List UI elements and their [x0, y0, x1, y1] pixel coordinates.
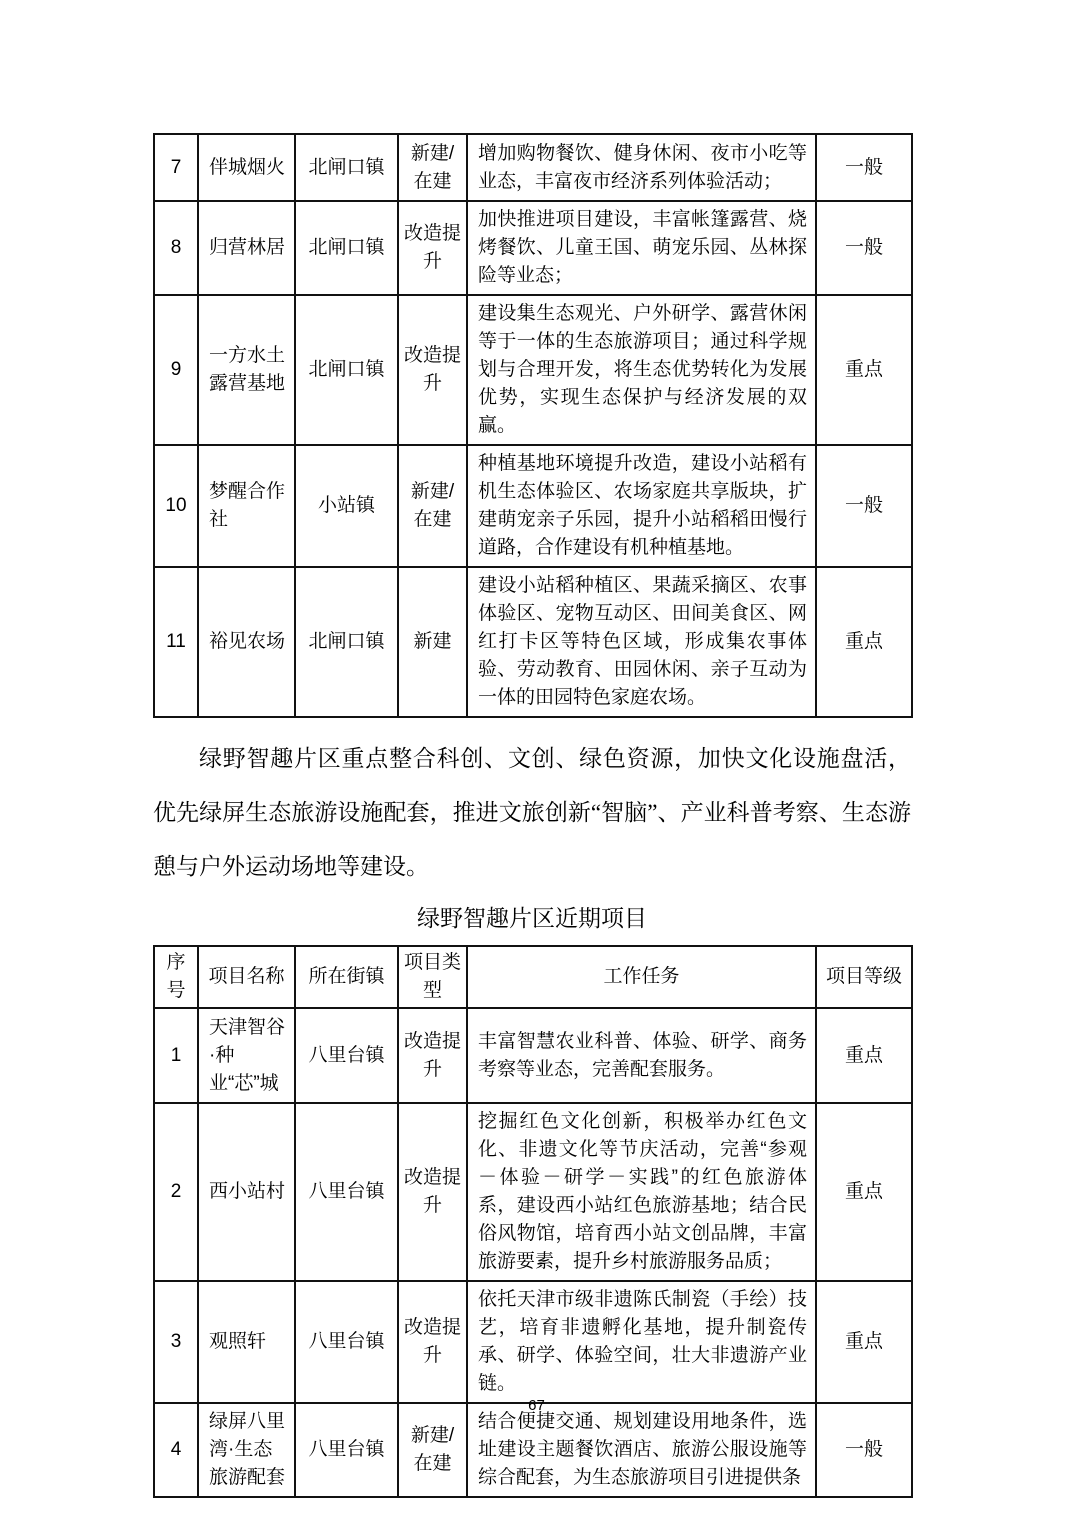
- cell-town: 北闸口镇: [295, 567, 398, 717]
- cell-grade: 一般: [816, 1403, 912, 1497]
- cell-project-name: 观照轩: [198, 1281, 295, 1403]
- cell-grade: 重点: [816, 1008, 912, 1103]
- cell-task: 建设集生态观光、户外研学、露营休闲等于一体的生态旅游项目；通过科学规划与合理开发…: [467, 295, 816, 445]
- header-type: 项目类型: [398, 946, 467, 1008]
- cell-type: 新建/在建: [398, 134, 467, 201]
- cell-seq: 11: [154, 567, 198, 717]
- cell-task: 建设小站稻种植区、果蔬采摘区、农事体验区、宠物互动区、田间美食区、网红打卡区等特…: [467, 567, 816, 717]
- document-page: 7 伴城烟火 北闸口镇 新建/在建 增加购物餐饮、健身休闲、夜市小吃等业态，丰富…: [0, 0, 1073, 1519]
- cell-seq: 2: [154, 1103, 198, 1281]
- cell-seq: 1: [154, 1008, 198, 1103]
- cell-grade: 重点: [816, 567, 912, 717]
- cell-task: 依托天津市级非遗陈氏制瓷（手绘）技艺，培育非遗孵化基地，提升制瓷传承、研学、体验…: [467, 1281, 816, 1403]
- project-table-continued: 7 伴城烟火 北闸口镇 新建/在建 增加购物餐饮、健身休闲、夜市小吃等业态，丰富…: [153, 133, 913, 718]
- cell-project-name: 西小站村: [198, 1103, 295, 1281]
- cell-project-name: 归营林居: [198, 201, 295, 295]
- page-number: 67: [0, 1397, 1073, 1414]
- cell-project-name: 裕见农场: [198, 567, 295, 717]
- cell-town: 北闸口镇: [295, 295, 398, 445]
- cell-seq: 3: [154, 1281, 198, 1403]
- cell-task: 丰富智慧农业科普、体验、研学、商务考察等业态，完善配套服务。: [467, 1008, 816, 1103]
- project-table-luye-zhiqu: 序号 项目名称 所在街镇 项目类型 工作任务 项目等级 1 天津智谷·种业“芯”…: [153, 945, 913, 1498]
- table-row: 3 观照轩 八里台镇 改造提升 依托天津市级非遗陈氏制瓷（手绘）技艺，培育非遗孵…: [154, 1281, 912, 1403]
- table-row: 2 西小站村 八里台镇 改造提升 挖掘红色文化创新，积极举办红色文化、非遗文化等…: [154, 1103, 912, 1281]
- cell-task: 挖掘红色文化创新，积极举办红色文化、非遗文化等节庆活动，完善“参观－体验－研学－…: [467, 1103, 816, 1281]
- body-paragraph: 绿野智趣片区重点整合科创、文创、绿色资源，加快文化设施盘活，优先绿屏生态旅游设施…: [153, 732, 911, 894]
- cell-task: 增加购物餐饮、健身休闲、夜市小吃等业态，丰富夜市经济系列体验活动；: [467, 134, 816, 201]
- table-row: 11 裕见农场 北闸口镇 新建 建设小站稻种植区、果蔬采摘区、农事体验区、宠物互…: [154, 567, 912, 717]
- cell-seq: 8: [154, 201, 198, 295]
- cell-grade: 一般: [816, 201, 912, 295]
- cell-town: 八里台镇: [295, 1103, 398, 1281]
- cell-grade: 重点: [816, 295, 912, 445]
- table-title: 绿野智趣片区近期项目: [153, 900, 911, 933]
- cell-grade: 重点: [816, 1281, 912, 1403]
- cell-seq: 4: [154, 1403, 198, 1497]
- table-row: 7 伴城烟火 北闸口镇 新建/在建 增加购物餐饮、健身休闲、夜市小吃等业态，丰富…: [154, 134, 912, 201]
- cell-type: 改造提升: [398, 295, 467, 445]
- table-header-row: 序号 项目名称 所在街镇 项目类型 工作任务 项目等级: [154, 946, 912, 1008]
- header-project-name: 项目名称: [198, 946, 295, 1008]
- table-row: 1 天津智谷·种业“芯”城 八里台镇 改造提升 丰富智慧农业科普、体验、研学、商…: [154, 1008, 912, 1103]
- header-grade: 项目等级: [816, 946, 912, 1008]
- cell-seq: 7: [154, 134, 198, 201]
- cell-grade: 重点: [816, 1103, 912, 1281]
- cell-grade: 一般: [816, 134, 912, 201]
- cell-town: 小站镇: [295, 445, 398, 567]
- cell-type: 改造提升: [398, 1008, 467, 1103]
- cell-project-name: 天津智谷·种业“芯”城: [198, 1008, 295, 1103]
- cell-seq: 10: [154, 445, 198, 567]
- cell-project-name: 梦醒合作社: [198, 445, 295, 567]
- cell-task: 种植基地环境提升改造，建设小站稻有机生态体验区、农场家庭共享版块，扩建萌宠亲子乐…: [467, 445, 816, 567]
- cell-seq: 9: [154, 295, 198, 445]
- cell-type: 新建: [398, 567, 467, 717]
- cell-grade: 一般: [816, 445, 912, 567]
- header-town: 所在街镇: [295, 946, 398, 1008]
- cell-project-name: 绿屏八里湾·生态旅游配套: [198, 1403, 295, 1497]
- cell-type: 新建/在建: [398, 1403, 467, 1497]
- header-task: 工作任务: [467, 946, 816, 1008]
- cell-type: 改造提升: [398, 1103, 467, 1281]
- table-row: 10 梦醒合作社 小站镇 新建/在建 种植基地环境提升改造，建设小站稻有机生态体…: [154, 445, 912, 567]
- cell-town: 八里台镇: [295, 1281, 398, 1403]
- cell-type: 改造提升: [398, 201, 467, 295]
- cell-project-name: 伴城烟火: [198, 134, 295, 201]
- cell-town: 北闸口镇: [295, 201, 398, 295]
- cell-task: 结合便捷交通、规划建设用地条件，选址建设主题餐饮酒店、旅游公服设施等综合配套，为…: [467, 1403, 816, 1497]
- page-content: 7 伴城烟火 北闸口镇 新建/在建 增加购物餐饮、健身休闲、夜市小吃等业态，丰富…: [153, 133, 911, 1498]
- table-row: 8 归营林居 北闸口镇 改造提升 加快推进项目建设，丰富帐篷露营、烧烤餐饮、儿童…: [154, 201, 912, 295]
- table-row: 4 绿屏八里湾·生态旅游配套 八里台镇 新建/在建 结合便捷交通、规划建设用地条…: [154, 1403, 912, 1497]
- cell-type: 新建/在建: [398, 445, 467, 567]
- cell-project-name: 一方水土露营基地: [198, 295, 295, 445]
- cell-town: 北闸口镇: [295, 134, 398, 201]
- table-row: 9 一方水土露营基地 北闸口镇 改造提升 建设集生态观光、户外研学、露营休闲等于…: [154, 295, 912, 445]
- header-seq: 序号: [154, 946, 198, 1008]
- cell-task: 加快推进项目建设，丰富帐篷露营、烧烤餐饮、儿童王国、萌宠乐园、丛林探险等业态；: [467, 201, 816, 295]
- cell-town: 八里台镇: [295, 1008, 398, 1103]
- cell-town: 八里台镇: [295, 1403, 398, 1497]
- cell-type: 改造提升: [398, 1281, 467, 1403]
